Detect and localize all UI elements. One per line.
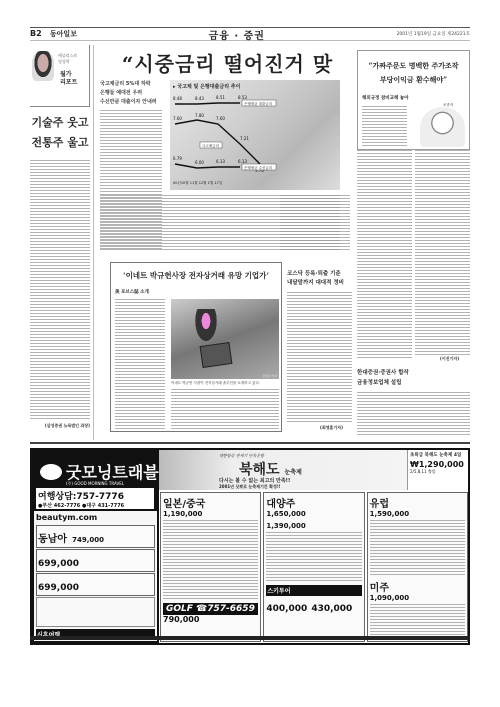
column-title: 기술주 웃고 전통주 울고 — [30, 113, 90, 153]
golf-banner: GOLF ☎757-6659 — [163, 603, 258, 615]
feature-caption: 이네트 박규헌 사장이 전자상거래 솔루션을 소개하고 있다. — [171, 381, 279, 386]
branch-phones: ●부산 462-7776 ●대구 431-7776 — [36, 502, 154, 509]
svg-text:6.13: 6.13 — [238, 159, 247, 164]
tour-fineprint — [370, 604, 465, 639]
cartoon-illustration — [420, 107, 465, 147]
laptop-in-photo — [200, 342, 233, 368]
svg-text:은행평균 수신금리: 은행평균 수신금리 — [244, 165, 272, 170]
feature-box: ‘이네트 박규헌사장 전자상거래 유망 기업가’ 美 포브스誌 소개 김명수기자… — [110, 262, 282, 432]
sidebar-box: “가짜주문도 명백한 주가조작 부당이익금 환수해야” 해외규정 참비교해 놓아… — [357, 50, 470, 150]
ad-divider — [30, 442, 470, 444]
agency-website[interactable]: beautym.com — [34, 511, 157, 524]
sidebar-column-2 — [415, 150, 470, 355]
chart-plot: 8.48 8.43 8.51 8.53 7.60 7.80 7.60 7.21 … — [170, 80, 280, 190]
promo-destination: 북해도 눈축제 — [239, 459, 302, 479]
ski-banner: 스키투어 — [266, 585, 361, 596]
photo-credit: 김명수기자 — [263, 374, 278, 378]
notice-story-body — [357, 392, 470, 437]
hokkaido-promo: 대한항공 전세기 단독운항 북해도 눈축제 다시는 볼 수 없는 최고의 만족!… — [159, 450, 407, 490]
paper-name: 동아일보 — [50, 30, 77, 38]
svg-text:7.21: 7.21 — [240, 136, 249, 141]
column-divider — [93, 45, 94, 440]
feature-body-text-2 — [171, 389, 279, 429]
sidebar-headline: “가짜주문도 명백한 주가조작 부당이익금 환수해야” — [358, 59, 469, 87]
tour-fineprint — [163, 520, 258, 600]
svg-text:7.80: 7.80 — [195, 113, 204, 118]
feature-headline: ‘이네트 박규헌사장 전자상거래 유망 기업가’ — [111, 269, 281, 283]
columnist-photo — [32, 51, 54, 81]
svg-text:00년10월 11월 12월 1월 17일: 00년10월 11월 12월 1월 17일 — [173, 180, 223, 185]
promo-banner: 다시는 볼 수 없는 최고의 만족!! — [219, 477, 290, 484]
tour-japan-china: 일본/중국 1,190,000 GOLF ☎757-6659 790,000 — [160, 492, 261, 642]
kosdaq-story-body — [287, 292, 352, 422]
tour-fineprint — [266, 532, 361, 582]
sidebar-intro-text — [362, 106, 407, 146]
svg-text:6.00: 6.00 — [195, 160, 204, 165]
kosdaq-signature: (최영훈기자) — [320, 425, 343, 431]
agency-english: (주) GOOD MORNING TRAVEL — [66, 481, 124, 487]
column-wallstreet-report: 애널리스트 정성락 월가 리포트 기술주 웃고 전통주 울고 (삼성증권 뉴욕법… — [30, 45, 90, 440]
tour-grid: 일본/중국 1,190,000 GOLF ☎757-6659 790,000 대… — [160, 492, 468, 642]
agency-name: 굿모닝트래블 — [66, 460, 159, 483]
columnist-box: 애널리스트 정성락 월가 리포트 — [30, 45, 90, 107]
columnist-byline: 애널리스트 정성락 — [58, 53, 77, 65]
rate-trend-chart: ▸ 국고채 및 은행대출금리 추이 8.48 8.43 8.51 8.53 7.… — [170, 80, 340, 190]
travel-advertisement: 굿모닝트래블 (주) GOOD MORNING TRAVEL 여행상담:757-… — [30, 448, 470, 645]
main-story-column-right — [280, 195, 350, 250]
tour-cell: 699,000 — [36, 573, 155, 596]
feature-body-text — [115, 299, 165, 429]
svg-text:8.43: 8.43 — [195, 96, 204, 101]
tour-fineprint — [36, 597, 155, 627]
domestic-prices: 400,000 430,000 — [266, 604, 361, 614]
svg-text:6.79: 6.79 — [173, 156, 182, 161]
main-subheads: 국고채금리 5%대 하락 은행들 예대전 우려 수신만큼 대출이자 안내려 — [100, 80, 165, 107]
masthead: B2 동아일보 금융 · 증권 2001년 1월19일 금요일 제24221호 — [30, 27, 470, 41]
svg-text:8.53: 8.53 — [238, 95, 247, 100]
tour-cell: 699,000 — [36, 549, 155, 572]
feature-subhead: 美 포브스誌 소개 — [115, 289, 281, 295]
svg-text:7.60: 7.60 — [173, 116, 182, 121]
svg-text:국고채금리: 국고채금리 — [202, 143, 219, 148]
tour-fineprint — [370, 520, 465, 575]
cartoon-caption: 조종자 — [443, 103, 453, 108]
svg-text:6.13: 6.13 — [216, 159, 225, 164]
page-number: B2 — [30, 29, 42, 38]
svg-text:7.60: 7.60 — [216, 116, 225, 121]
column-body-text — [30, 160, 90, 420]
svg-text:8.51: 8.51 — [216, 95, 225, 100]
series-label: 월가 리포트 — [60, 71, 77, 87]
tour-cell: 동남아 749,000 — [36, 525, 155, 548]
kosdaq-story-headline: 코스닥 등록·퇴출 기준 내달말까지 대대적 정비 — [287, 270, 352, 288]
sidebar-column-1 — [357, 150, 412, 360]
notice-story-headline: 한대증권·증권사 합작 금융정보업체 설립 — [357, 368, 470, 388]
sidebar-subhead: 해외규정 참비교해 놓아 — [362, 95, 469, 101]
tour-oceania: 대양주 1,650,000 1,390,000 스키투어 400,000 430… — [263, 492, 364, 642]
agency-tour-list: beautym.com 동남아 749,000 699,000 699,000 … — [34, 511, 157, 641]
sidebar-signature: (이진기자) — [440, 356, 459, 362]
tour-europe: 유럽 1,590,000 미주 1,090,000 — [367, 492, 468, 642]
column-signature: (삼성증권 뉴욕법인 과장) — [30, 423, 90, 429]
masthead-left: B2 동아일보 — [30, 29, 77, 39]
special-offer: 초특급 북해도 눈축제 4일 ₩1,290,000 2/5,8,11 출발 — [407, 450, 468, 490]
issue-date: 2001년 1월19일 금요일 제24221호 — [397, 31, 470, 37]
svg-text:은행평균 대출금리: 은행평균 대출금리 — [244, 101, 272, 106]
agency-panel: 굿모닝트래블 (주) GOOD MORNING TRAVEL 여행상담:757-… — [32, 450, 159, 643]
promo-note: 2001년 삿뽀로 눈축제기간 확정!! — [219, 484, 280, 490]
hotline[interactable]: 여행상담:757-7776 — [36, 488, 154, 503]
section-title: 금융 · 증권 — [209, 27, 265, 42]
agency-logo-icon — [40, 464, 62, 480]
feature-photo: 김명수기자 — [171, 299, 279, 379]
ad-footer-strip — [30, 636, 470, 640]
svg-text:8.48: 8.48 — [173, 96, 182, 101]
